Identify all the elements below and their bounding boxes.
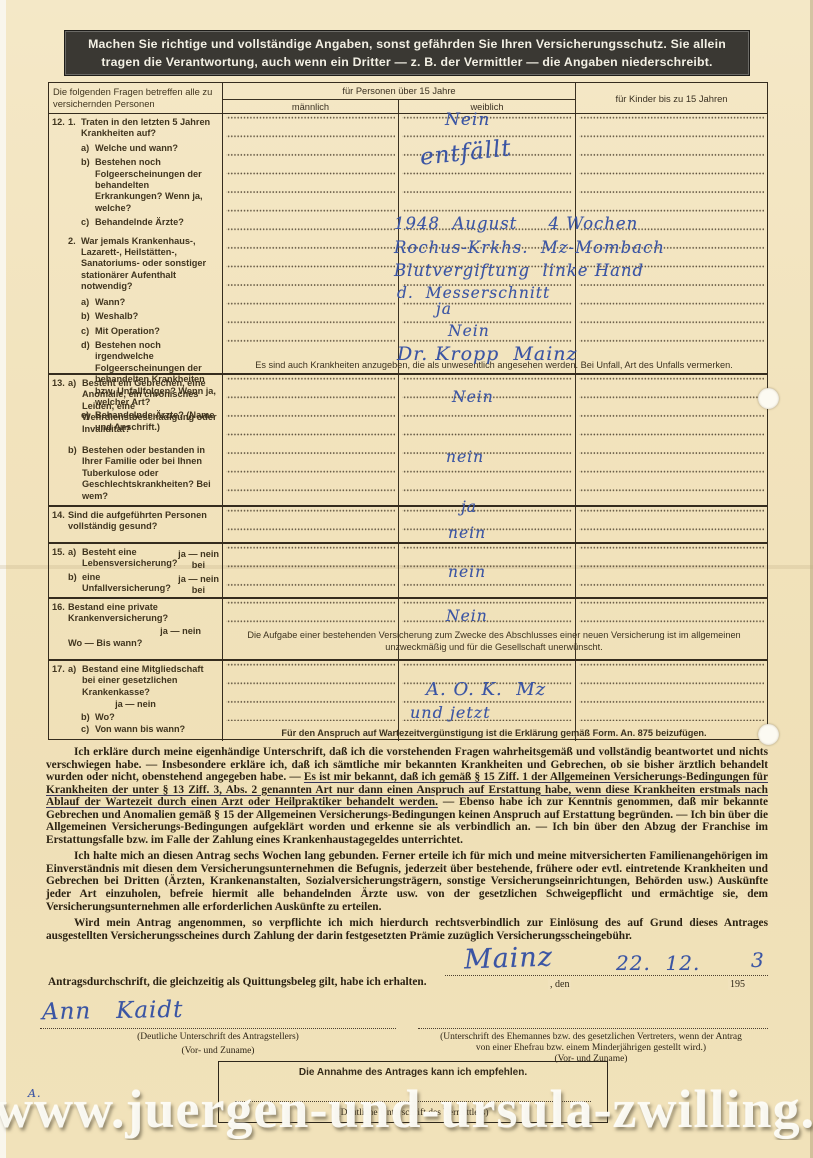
question-15a: 15. a) Besteht eine Lebensversicherung? …: [52, 547, 219, 572]
date-dotted-line: [445, 975, 768, 976]
sub-text: Wann?: [95, 297, 219, 308]
handwritten-answer-q15b: nein: [448, 565, 486, 581]
handwritten-answer-q12-2b-diagnosis: Blutvergiftung linke Hand: [394, 263, 644, 280]
table-header-questions-label: Die folgenden Fragen betreffen alle zu v…: [53, 86, 218, 109]
sub-text: Besteht eine Lebensversicherung?: [82, 547, 166, 572]
sub-text: Bestehen oder bestanden in Ihrer Familie…: [82, 445, 219, 502]
table-header-adults-title: für Personen über 15 Jahre: [223, 83, 575, 100]
row-question-17: 17. a) Bestand eine Mitgliedschaft bei e…: [49, 661, 767, 741]
dotted-lines: [402, 507, 572, 542]
handwritten-answer-q12-2b-hospital: Rochus-Krkhs. Mz-Mombach: [394, 240, 665, 257]
dotted-lines: [579, 114, 764, 354]
applicant-signature-line: [40, 1028, 396, 1029]
bei-label: bei: [166, 560, 219, 571]
sub-text: Behandelnde Ärzte?: [95, 217, 219, 228]
den-label: , den: [548, 979, 571, 990]
question-15-cell: 15. a) Besteht eine Lebensversicherung? …: [49, 544, 223, 597]
answer-cell-male: [223, 544, 399, 597]
sub-text: Welche und wann?: [95, 143, 219, 154]
sub-label: c): [81, 217, 95, 228]
sub-label: b): [68, 572, 82, 597]
question-13a: 13. a) Besteht ein Gebrechen, eine Anoma…: [52, 378, 219, 435]
row-question-16: 16. Bestand eine private Krankenversiche…: [49, 599, 767, 661]
punch-hole-bottom: [758, 724, 779, 745]
question-subnumber: 1.: [68, 117, 81, 140]
insurance-application-form-scan: Machen Sie richtige und vollständige Ang…: [0, 0, 813, 1158]
sub-text: Weshalb?: [95, 311, 219, 322]
sub-text: Bestand eine Mitgliedschaft bei einer ge…: [82, 664, 219, 698]
question-subnumber: 2.: [68, 236, 81, 293]
dotted-lines: [226, 114, 395, 354]
question-16-note-text: Die Aufgabe einer bestehenden Versicheru…: [247, 630, 740, 652]
handwritten-answer-q12-2c: ja: [436, 302, 452, 318]
agent-box-title: Die Annahme des Antrages kann ich empfeh…: [219, 1067, 607, 1078]
handwritten-answer-q17-duration: und jetzt: [410, 705, 491, 721]
question-12-2b: b) Weshalb?: [81, 311, 219, 322]
janein-a: ja — nein bei: [166, 547, 219, 572]
adults-header-label: für Personen über 15 Jahre: [342, 86, 455, 96]
handwritten-year-digit: 3: [751, 950, 765, 970]
declaration-block: Ich erkläre durch meine eigenhändige Unt…: [46, 746, 768, 946]
question-number-spacer: [52, 236, 68, 293]
sub-label: a): [68, 547, 82, 572]
question-12-1c: c) Behandelnde Ärzte?: [81, 217, 219, 228]
sub-text: Bestehen noch Folgeerscheinungen der beh…: [95, 157, 219, 214]
answer-cell-female: [399, 544, 576, 597]
question-text: Traten in den letzten 5 Jahren Krankheit…: [81, 117, 219, 140]
bei-label: bei: [166, 585, 219, 596]
question-14-cell: 14. Sind die aufgeführten Personen volls…: [49, 507, 223, 542]
applicant-signature-sublabel: (Vor- und Zuname): [40, 1046, 396, 1056]
handwritten-answer-q14: ja: [461, 500, 477, 516]
declaration-paragraph-3: Wird mein Antrag angenommen, so verpflic…: [46, 917, 768, 942]
handwritten-answer-q12-1: Nein: [445, 112, 490, 129]
dotted-lines: [226, 599, 395, 627]
dotted-lines: [579, 375, 764, 505]
question-15b: b) eine Unfallversicherung? ja — nein be…: [52, 572, 219, 597]
dotted-lines: [579, 507, 764, 542]
applicant-signature-sublabel-text: (Vor- und Zuname): [182, 1046, 255, 1056]
question-12-2c: c) Mit Operation?: [81, 326, 219, 337]
dotted-lines: [226, 544, 395, 597]
question-17a: 17. a) Bestand eine Mitgliedschaft bei e…: [52, 664, 219, 698]
spouse-signature-label-2: von einer Ehefrau bzw. einem Minderjähri…: [410, 1043, 772, 1053]
question-text: Bestand eine private Krankenversicherung…: [68, 602, 219, 625]
question-number: 12.: [52, 117, 68, 140]
question-17-note-text: Für den Anspruch auf Wartezeitvergünstig…: [281, 728, 706, 738]
sub-label: c): [81, 724, 95, 735]
question-17b: b) Wo?: [81, 712, 219, 723]
table-header-row: Die folgenden Fragen betreffen alle zu v…: [49, 83, 767, 114]
question-12-1a: a) Welche und wann?: [81, 143, 219, 154]
question-number: 17.: [52, 664, 68, 698]
applicant-signature-label-text: (Deutliche Unterschrift des Antragstelle…: [137, 1032, 299, 1042]
sub-text: Wo?: [95, 712, 219, 723]
handwritten-answer-q12-2e-doctor: Dr. Kropp Mainz: [397, 345, 578, 364]
sub-label: a): [81, 143, 95, 154]
question-13-cell: 13. a) Besteht ein Gebrechen, eine Anoma…: [49, 375, 223, 505]
sub-text: eine Unfallversicherung?: [82, 572, 166, 597]
dotted-lines: [579, 599, 764, 627]
question-text: War jemals Krankenhaus-, Lazarett-, Heil…: [81, 236, 219, 293]
watermark-text: www.juergen-und-ursula-zwilling.d: [0, 1078, 813, 1140]
question-17-note: Für den Anspruch auf Wartezeitvergünstig…: [223, 728, 765, 740]
answer-cell-children: [576, 375, 767, 505]
row-question-14: 14. Sind die aufgeführten Personen volls…: [49, 507, 767, 544]
receipt-statement: Antragsdurchschrift, die gleichzeitig al…: [48, 976, 427, 988]
declaration-paragraph-1: Ich erkläre durch meine eigenhändige Unt…: [46, 746, 768, 846]
handwritten-answer-q12-2d: Nein: [448, 324, 490, 340]
handwritten-answer-q13a: Nein: [452, 390, 494, 406]
question-number-spacer: [52, 572, 68, 597]
sub-label: a): [68, 664, 82, 698]
spouse-signature-label2-text: von einer Ehefrau bzw. einem Minderjähri…: [476, 1043, 706, 1053]
question-12-cell: 12. 1. Traten in den letzten 5 Jahren Kr…: [49, 114, 223, 373]
handwritten-answer-q13b: nein: [446, 450, 484, 466]
handwritten-place: Mainz: [464, 943, 554, 973]
wo-bis-wann-label: Wo — Bis wann?: [68, 638, 219, 649]
handwritten-answer-q16: Nein: [446, 609, 488, 625]
sub-label: a): [81, 297, 95, 308]
sub-label: b): [68, 445, 82, 502]
question-number: 14.: [52, 510, 68, 533]
ja-nein-label: ja — nein: [52, 699, 219, 710]
question-number: 16.: [52, 602, 68, 625]
table-header-children: für Kinder bis zu 15 Jahren: [576, 83, 767, 113]
answer-cell-male: [223, 507, 399, 542]
paper-edge-left: [0, 0, 6, 1158]
question-17-cell: 17. a) Bestand eine Mitgliedschaft bei e…: [49, 661, 223, 741]
question-12-1: 12. 1. Traten in den letzten 5 Jahren Kr…: [52, 117, 219, 140]
question-12-2a: a) Wann?: [81, 297, 219, 308]
sub-label: c): [81, 326, 95, 337]
table-header-adults-split: männlich weiblich: [223, 100, 575, 113]
sub-text: Von wann bis wann?: [95, 724, 219, 735]
question-16: 16. Bestand eine private Krankenversiche…: [52, 602, 219, 625]
question-number: 15.: [52, 547, 68, 572]
dotted-lines: [579, 544, 764, 597]
declaration-paragraph-2: Ich halte mich an diesen Antrag sechs Wo…: [46, 850, 768, 913]
dotted-lines: [226, 507, 395, 542]
ja-nein-label: ja — nein: [52, 626, 219, 637]
row-question-15: 15. a) Besteht eine Lebensversicherung? …: [49, 544, 767, 599]
answer-cell-female: [399, 507, 576, 542]
janein-b: ja — nein bei: [166, 572, 219, 597]
handwritten-date: 22. 12.: [616, 953, 700, 973]
answer-cell-children: [576, 544, 767, 597]
question-16-note: Die Aufgabe einer bestehenden Versicheru…: [223, 630, 765, 658]
year-prefix-label: 195: [728, 979, 747, 990]
sub-label: b): [81, 311, 95, 322]
punch-hole-top: [758, 388, 779, 409]
dotted-lines: [226, 661, 395, 721]
sub-text: Mit Operation?: [95, 326, 219, 337]
handwritten-answer-q17-kasse: A. O. K. Mz: [426, 681, 546, 699]
sub-label: b): [81, 157, 95, 214]
sub-label: b): [81, 712, 95, 723]
question-16-cell: 16. Bestand eine private Krankenversiche…: [49, 599, 223, 659]
handwritten-answer-q15a: nein: [448, 526, 486, 542]
dotted-lines: [402, 544, 572, 597]
table-header-male: männlich: [223, 100, 399, 113]
spouse-signature-label1-text: (Unterschrift des Ehemannes bzw. des ges…: [440, 1032, 742, 1042]
ja-nein-label: ja — nein: [166, 549, 219, 560]
answer-cell-male: [223, 114, 399, 373]
warning-banner: Machen Sie richtige und vollständige Ang…: [64, 30, 750, 76]
male-header-label: männlich: [292, 102, 329, 112]
handwritten-answer-q12-2a: 1948 August 4 Wochen: [394, 216, 638, 233]
question-13b: b) Bestehen oder bestanden in Ihrer Fami…: [52, 445, 219, 502]
children-header-label: für Kinder bis zu 15 Jahren: [615, 93, 727, 104]
question-14: 14. Sind die aufgeführten Personen volls…: [52, 510, 219, 533]
dotted-lines: [579, 661, 764, 721]
question-12-2: 2. War jemals Krankenhaus-, Lazarett-, H…: [52, 236, 219, 293]
dotted-lines: [226, 375, 395, 505]
sub-text: Besteht ein Gebrechen, eine Anomalie, ei…: [82, 378, 219, 435]
question-text: Sind die aufgeführten Personen vollständ…: [68, 510, 219, 533]
questions-table: Die folgenden Fragen betreffen alle zu v…: [48, 82, 768, 740]
question-17c: c) Von wann bis wann?: [81, 724, 219, 735]
spouse-signature-line: [418, 1028, 768, 1029]
row-question-13: 13. a) Besteht ein Gebrechen, eine Anoma…: [49, 375, 767, 507]
applicant-signature-label: (Deutliche Unterschrift des Antragstelle…: [40, 1032, 396, 1042]
question-number-spacer: [52, 445, 68, 502]
question-number: 13.: [52, 378, 68, 435]
spouse-signature-label-1: (Unterschrift des Ehemannes bzw. des ges…: [410, 1032, 772, 1042]
table-header-adults: für Personen über 15 Jahre männlich weib…: [223, 83, 576, 113]
warning-banner-text: Machen Sie richtige und vollständige Ang…: [79, 35, 735, 72]
handwritten-answer-q12-2b-cause: d. Messerschnitt: [397, 286, 550, 302]
answer-cell-children: [576, 507, 767, 542]
ja-nein-label: ja — nein: [166, 574, 219, 585]
handwritten-signature: Ann Kaidt: [42, 999, 184, 1024]
answer-cell-male: [223, 375, 399, 505]
sub-label: a): [68, 378, 82, 435]
question-12-1b: b) Bestehen noch Folgeerscheinungen der …: [81, 157, 219, 214]
table-header-questions: Die folgenden Fragen betreffen alle zu v…: [49, 83, 223, 113]
